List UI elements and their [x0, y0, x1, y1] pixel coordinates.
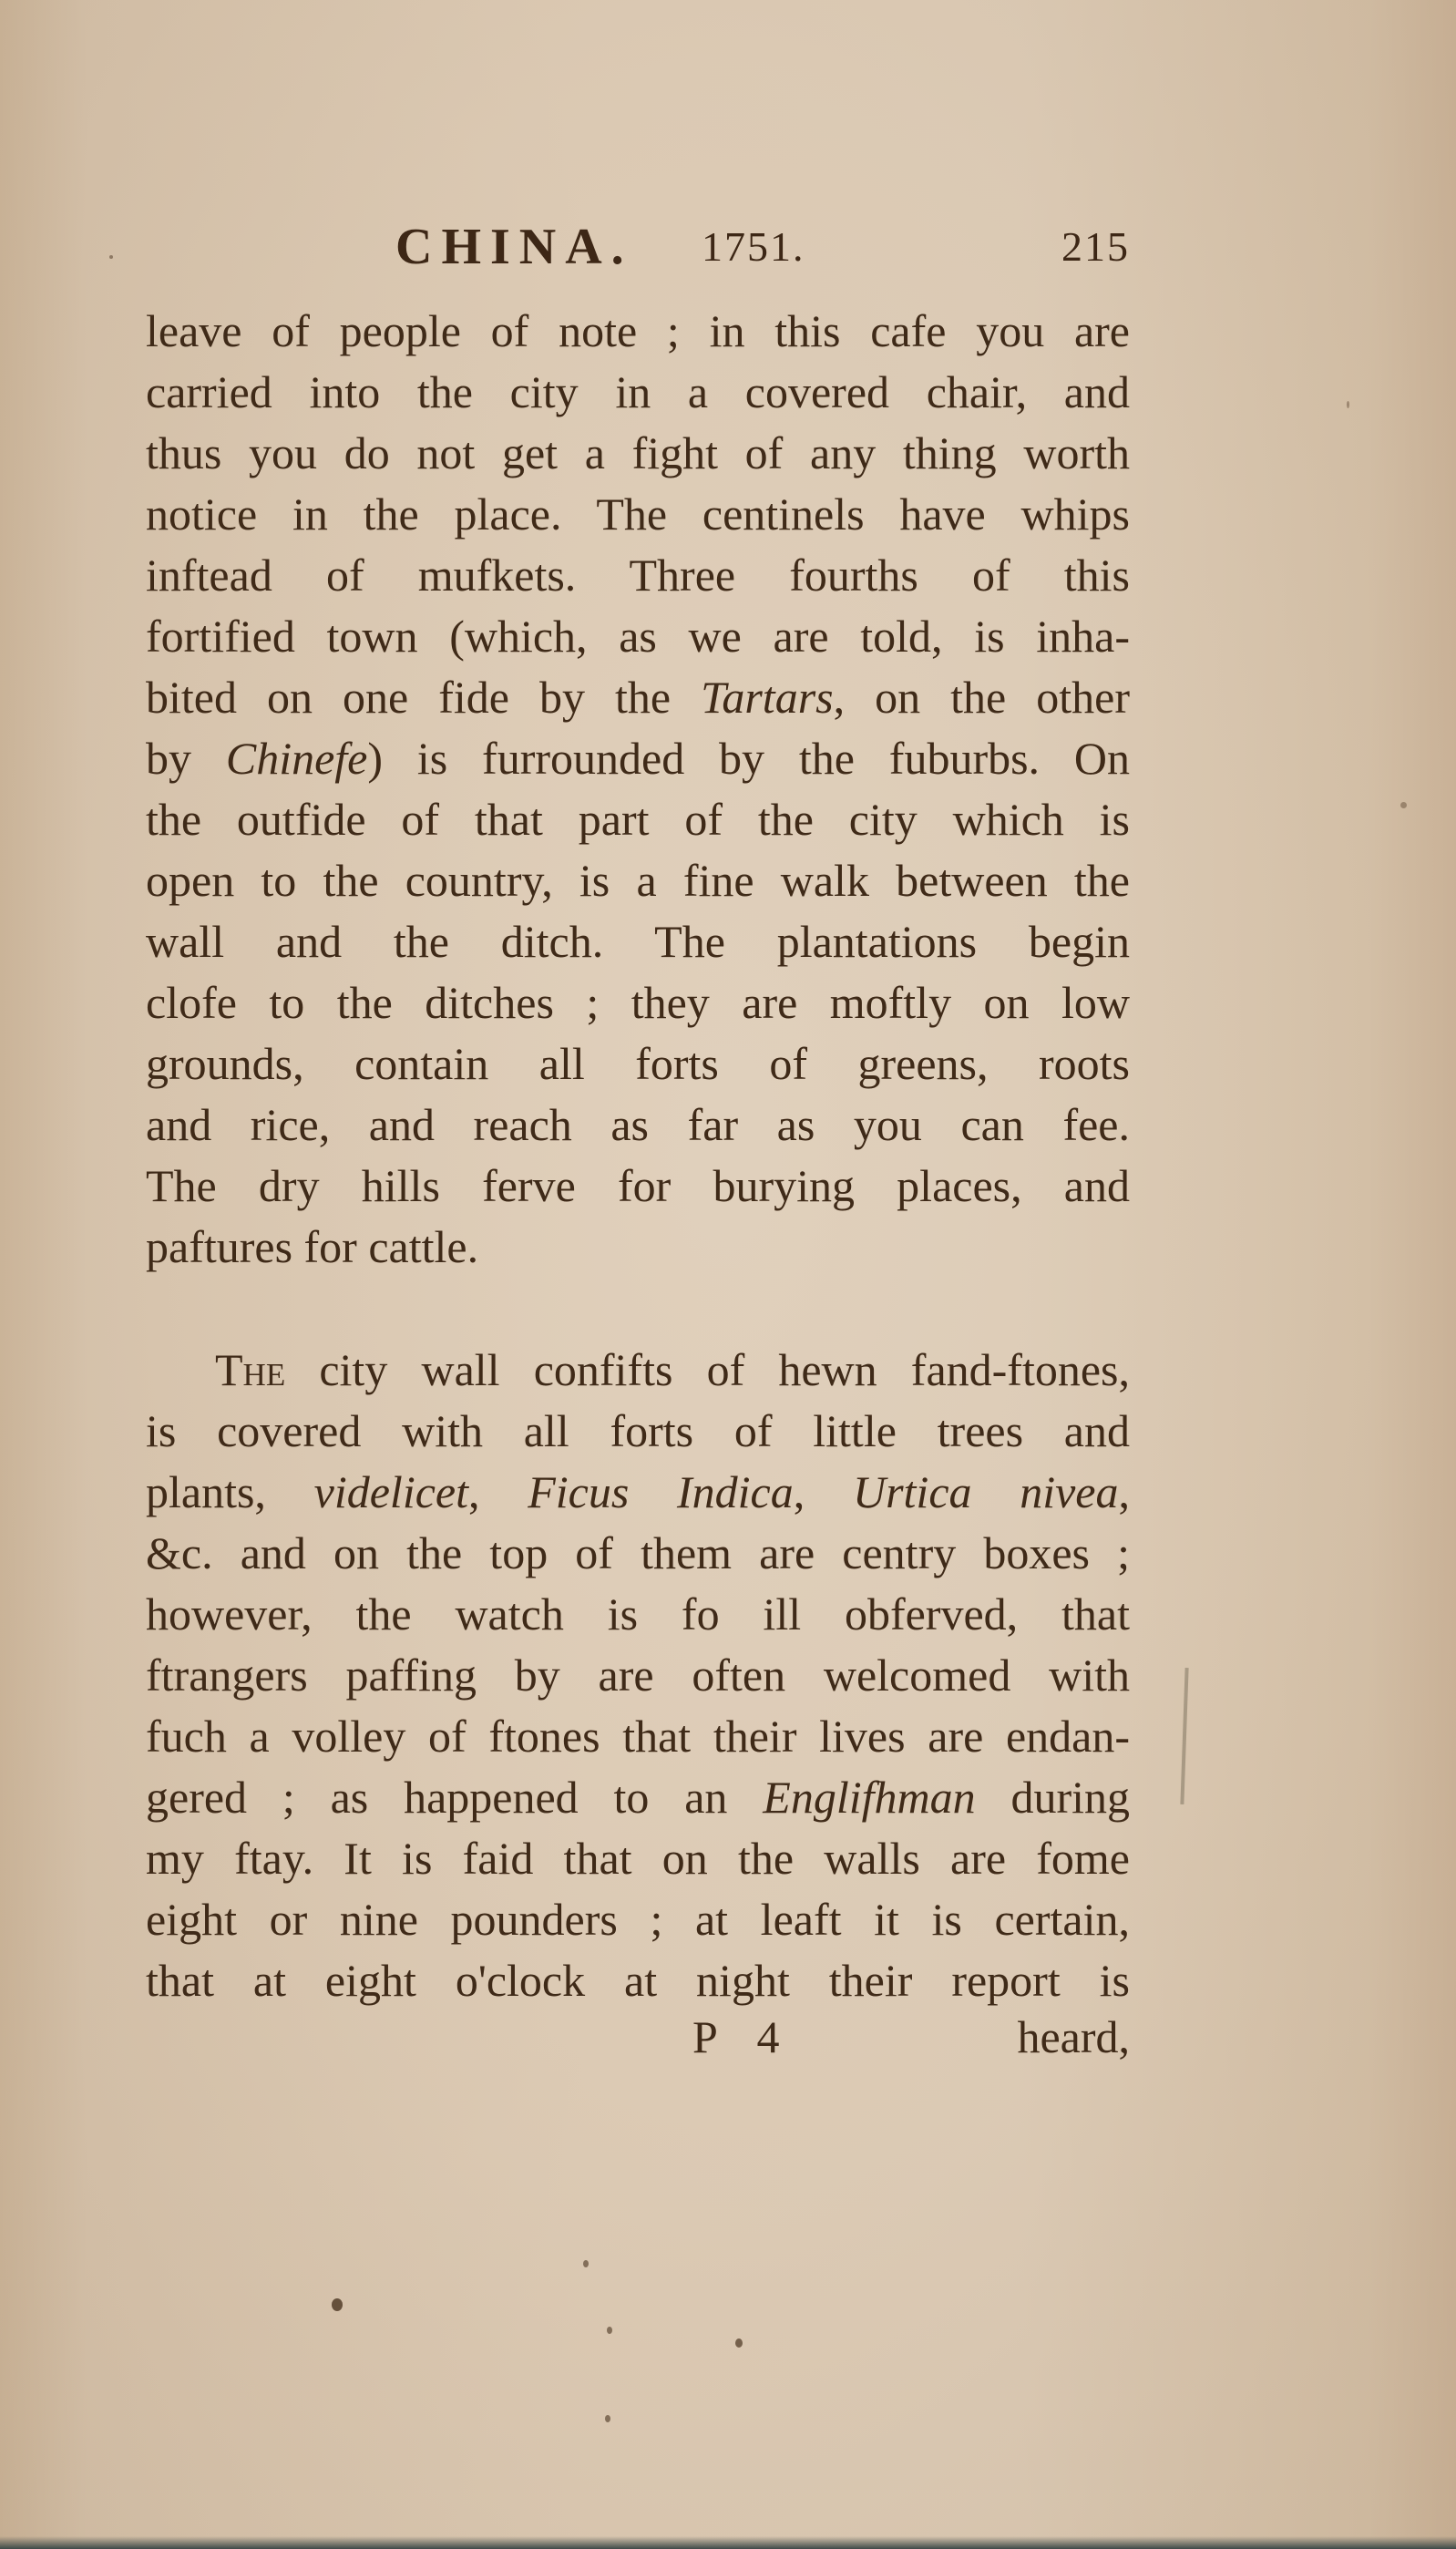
text-run: ,: [1119, 1466, 1131, 1517]
text-line: is covered with all forts of little tree…: [146, 1401, 1130, 1462]
paragraph-2: The city wall confifts of hewn fand-fton…: [146, 1340, 1130, 2011]
text-line: eight or nine pounders ; at leaft it is …: [146, 1889, 1130, 1950]
text-line: bited on one fide by the Tartars, on the…: [146, 667, 1130, 728]
text-line: inftead of mufkets. Three fourths of thi…: [146, 545, 1130, 606]
page-number: 215: [1061, 215, 1130, 279]
text-run: ) is furrounded by the fuburbs. On: [367, 733, 1130, 784]
text-line: and rice, and reach as far as you can fe…: [146, 1095, 1130, 1156]
italic-term-ficus-indica: Ficus Indica: [528, 1466, 794, 1517]
text-line: wall and the ditch. The plantations begi…: [146, 911, 1130, 972]
text-line: &c. and on the top of them are centry bo…: [146, 1523, 1130, 1584]
text-run: plants,: [146, 1466, 314, 1517]
signature-mark: P 4: [692, 2007, 794, 2068]
text-line: fuch a volley of ftones that their lives…: [146, 1706, 1130, 1767]
italic-term-englishman: Englifhman: [763, 1772, 975, 1823]
text-run: ,: [468, 1466, 528, 1517]
italic-term-tartars: Tartars: [701, 672, 833, 723]
text-line: paftures for cattle.: [146, 1217, 1130, 1278]
paper-speck: [332, 2298, 343, 2311]
text-run: ,: [794, 1466, 853, 1517]
pencil-mark: [1180, 1668, 1188, 1804]
text-line: carried into the city in a covered chair…: [146, 362, 1130, 423]
paragraph-gap: [146, 1278, 1130, 1340]
text-line: clofe to the ditches ; they are moftly o…: [146, 972, 1130, 1033]
text-run: by: [146, 733, 226, 784]
text-line: notice in the place. The centinels have …: [146, 484, 1130, 545]
italic-term-chinese: Chinefe: [226, 733, 368, 784]
page-footer: P 4 heard,: [146, 2007, 1130, 2068]
text-line: The dry hills ferve for burying places, …: [146, 1156, 1130, 1217]
paper-speck: [735, 2338, 743, 2348]
running-head-title: CHINA.: [395, 215, 633, 279]
paragraph-1: leave of people of note ; in this cafe y…: [146, 301, 1130, 1278]
italic-term-videlicet: videlicet: [314, 1466, 468, 1517]
paper-speck: [109, 255, 113, 259]
text-line: thus you do not get a fight of any thing…: [146, 423, 1130, 484]
text-line: ftrangers paffing by are often welcomed …: [146, 1645, 1130, 1706]
body-text: leave of people of note ; in this cafe y…: [146, 301, 1130, 2011]
running-head-year: 1751.: [702, 215, 805, 279]
text-line: by Chinefe) is furrounded by the fuburbs…: [146, 728, 1130, 789]
text-run: during: [976, 1772, 1130, 1823]
text-line: fortified town (which, as we are told, i…: [146, 606, 1130, 667]
text-line: however, the watch is fo ill obferved, t…: [146, 1584, 1130, 1645]
text-line: my ftay. It is faid that on the walls ar…: [146, 1828, 1130, 1889]
text-run: bited on one fide by the: [146, 672, 701, 723]
book-page: CHINA. 1751. 215 leave of people of note…: [0, 0, 1456, 2549]
text-line: that at eight o'clock at night their rep…: [146, 1950, 1130, 2011]
catchword: heard,: [1017, 2007, 1130, 2068]
text-run: , on the other: [834, 672, 1130, 723]
text-line: The city wall confifts of hewn fand-fton…: [146, 1340, 1130, 1401]
paper-speck: [605, 2415, 610, 2422]
paper-speck: [607, 2327, 612, 2334]
paper-speck: [1347, 401, 1349, 408]
text-line: the outfide of that part of the city whi…: [146, 789, 1130, 850]
text-line: leave of people of note ; in this cafe y…: [146, 301, 1130, 362]
text-line: grounds, contain all forts of greens, ro…: [146, 1033, 1130, 1095]
small-caps-lead: The: [215, 1344, 285, 1395]
paper-speck: [583, 2260, 589, 2267]
paper-speck: [1400, 802, 1407, 808]
text-line: gered ; as happened to an Englifhman dur…: [146, 1767, 1130, 1828]
text-line: open to the country, is a fine walk betw…: [146, 850, 1130, 911]
italic-term-urtica-nivea: Urtica nivea: [853, 1466, 1119, 1517]
text-run: city wall confifts of hewn fand-ftones,: [285, 1344, 1130, 1395]
text-line: plants, videlicet, Ficus Indica, Urtica …: [146, 1462, 1130, 1523]
text-run: gered ; as happened to an: [146, 1772, 763, 1823]
running-head: CHINA. 1751. 215: [392, 215, 1130, 279]
